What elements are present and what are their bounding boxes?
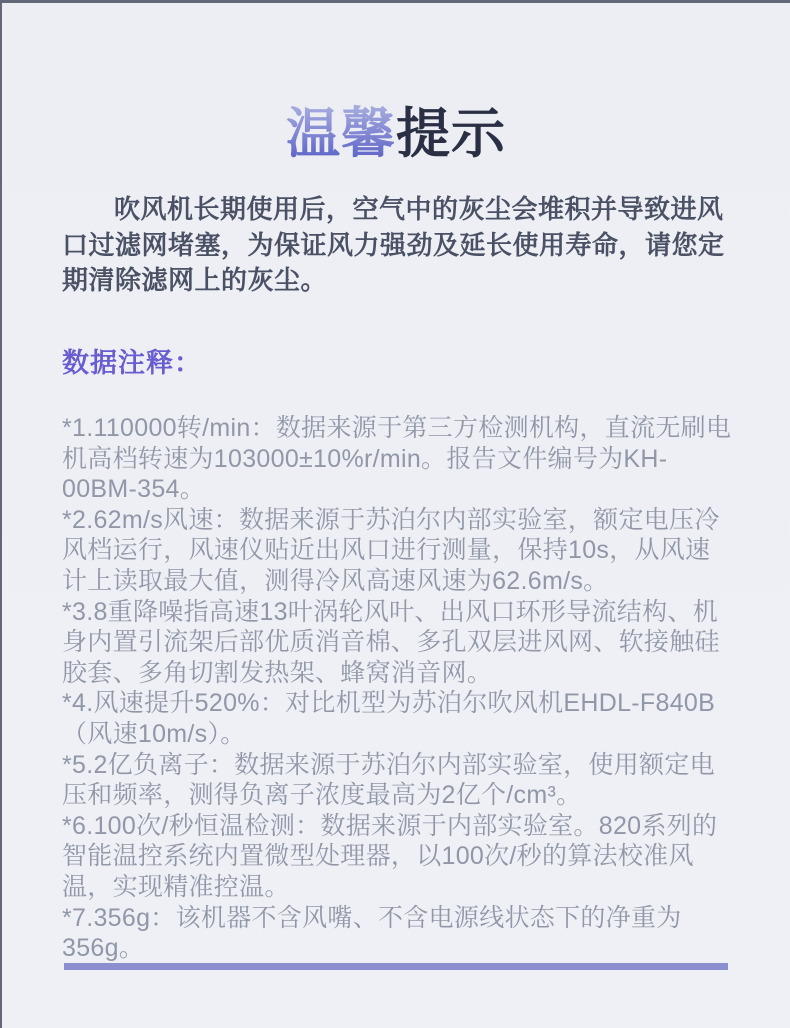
data-notes-list: *1.110000转/min：数据来源于第三方检测机构，直流无刷电机高档转速为1… — [62, 413, 732, 964]
warm-tips-panel: 温馨提示 吹风机长期使用后，空气中的灰尘会堆积并导致进风口过滤网堵塞，为保证风力… — [0, 0, 790, 1028]
data-notes-heading: 数据注释： — [62, 347, 202, 379]
data-note-item: *4.风速提升520%：对比机型为苏泊尔吹风机EHDL-F840B（风速10m/… — [62, 688, 732, 749]
data-note-item: *1.110000转/min：数据来源于第三方检测机构，直流无刷电机高档转速为1… — [62, 413, 732, 505]
data-note-item: *7.356g：该机器不含风嘴、不含电源线状态下的净重为356g。 — [62, 903, 732, 964]
data-note-item: *2.62m/s风速：数据来源于苏泊尔内部实验室，额定电压冷风档运行，风速仪贴近… — [62, 505, 732, 597]
intro-paragraph: 吹风机长期使用后，空气中的灰尘会堆积并导致进风口过滤网堵塞，为保证风力强劲及延长… — [62, 192, 730, 299]
page-title-rest: 提示 — [396, 104, 506, 164]
page-title-accent: 温馨 — [286, 104, 396, 164]
data-note-item: *5.2亿负离子：数据来源于苏泊尔内部实验室，使用额定电压和频率，测得负离子浓度… — [62, 750, 732, 811]
data-note-item: *6.100次/秒恒温检测：数据来源于内部实验室。820系列的智能温控系统内置微… — [62, 811, 732, 903]
data-note-item: *3.8重降噪指高速13叶涡轮风叶、出风口环形导流结构、机身内置引流架后部优质消… — [62, 597, 732, 689]
page-title: 温馨提示 — [2, 105, 790, 163]
footer-accent-bar — [64, 963, 728, 970]
